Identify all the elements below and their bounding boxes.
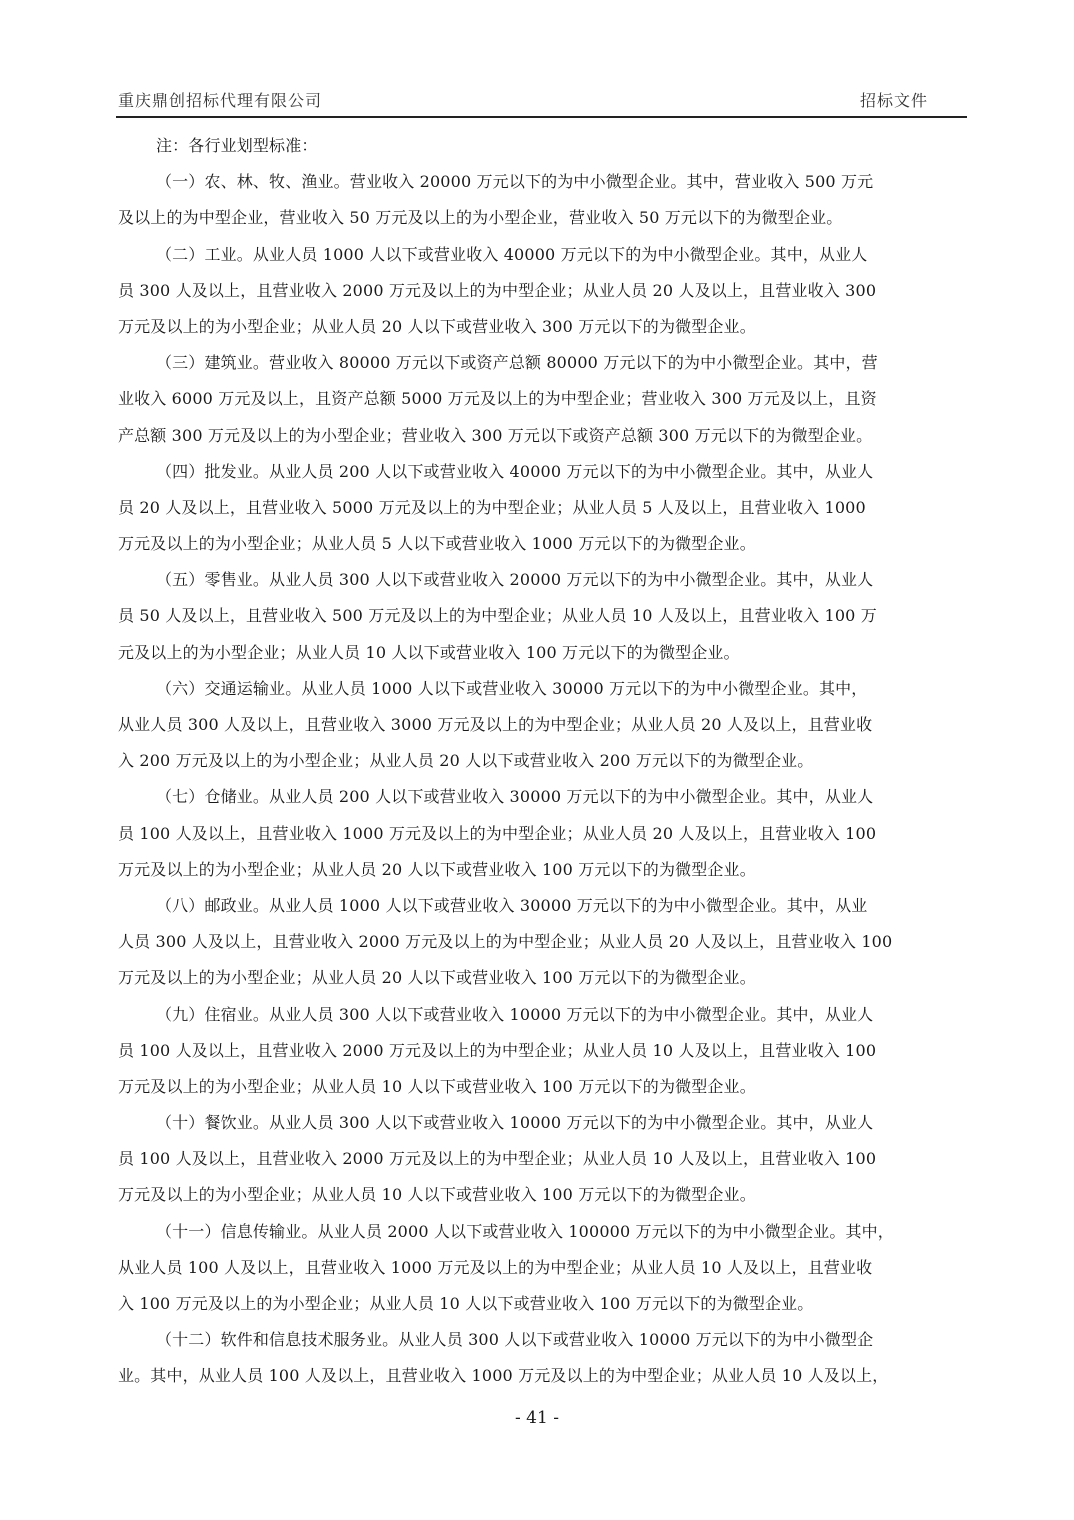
page-number: - 41 - [0, 1408, 1074, 1428]
text-line: 万元及以上的为小型企业；从业人员 5 人以下或营业收入 1000 万元以下的为微… [118, 526, 968, 562]
text-line: 万元及以上的为小型企业；从业人员 20 人以下或营业收入 100 万元以下的为微… [118, 852, 968, 888]
company-name: 重庆鼎创招标代理有限公司 [118, 88, 322, 111]
text-line: （九）住宿业。从业人员 300 人以下或营业收入 10000 万元以下的为中小微… [118, 997, 968, 1033]
text-line: （十）餐饮业。从业人员 300 人以下或营业收入 10000 万元以下的为中小微… [118, 1105, 968, 1141]
text-line: 入 100 万元及以上的为小型企业；从业人员 10 人以下或营业收入 100 万… [118, 1286, 968, 1322]
text-line: 人员 300 人及以上，且营业收入 2000 万元及以上的为中型企业；从业人员 … [118, 924, 968, 960]
text-line: 员 100 人及以上，且营业收入 1000 万元及以上的为中型企业；从业人员 2… [118, 816, 968, 852]
text-line: （十二）软件和信息技术服务业。从业人员 300 人以下或营业收入 10000 万… [118, 1322, 968, 1358]
text-line: （五）零售业。从业人员 300 人以下或营业收入 20000 万元以下的为中小微… [118, 562, 968, 598]
header-divider [116, 116, 967, 118]
text-line: 业。其中，从业人员 100 人及以上，且营业收入 1000 万元及以上的为中型企… [118, 1358, 968, 1394]
text-line: 元及以上的为小型企业；从业人员 10 人以下或营业收入 100 万元以下的为微型… [118, 635, 968, 671]
text-line: 万元及以上的为小型企业；从业人员 10 人以下或营业收入 100 万元以下的为微… [118, 1069, 968, 1105]
text-line: 及以上的为中型企业，营业收入 50 万元及以上的为小型企业，营业收入 50 万元… [118, 200, 968, 236]
text-line: 员 300 人及以上，且营业收入 2000 万元及以上的为中型企业；从业人员 2… [118, 273, 968, 309]
text-line: 产总额 300 万元及以上的为小型企业；营业收入 300 万元以下或资产总额 3… [118, 418, 968, 454]
document-body: 注：各行业划型标准：（一）农、林、牧、渔业。营业收入 20000 万元以下的为中… [118, 128, 968, 1395]
text-line: （八）邮政业。从业人员 1000 人以下或营业收入 30000 万元以下的为中小… [118, 888, 968, 924]
page-header: 重庆鼎创招标代理有限公司 招标文件 [118, 88, 966, 114]
text-line: （六）交通运输业。从业人员 1000 人以下或营业收入 30000 万元以下的为… [118, 671, 968, 707]
text-line: 员 100 人及以上，且营业收入 2000 万元及以上的为中型企业；从业人员 1… [118, 1141, 968, 1177]
text-line: 万元及以上的为小型企业；从业人员 20 人以下或营业收入 300 万元以下的为微… [118, 309, 968, 345]
text-line: 万元及以上的为小型企业；从业人员 10 人以下或营业收入 100 万元以下的为微… [118, 1177, 968, 1213]
text-line: （一）农、林、牧、渔业。营业收入 20000 万元以下的为中小微型企业。其中，营… [118, 164, 968, 200]
text-line: （四）批发业。从业人员 200 人以下或营业收入 40000 万元以下的为中小微… [118, 454, 968, 490]
document-type: 招标文件 [860, 88, 928, 111]
text-line: 注：各行业划型标准： [118, 128, 968, 164]
text-line: 业收入 6000 万元及以上，且资产总额 5000 万元及以上的为中型企业；营业… [118, 381, 968, 417]
text-line: 员 100 人及以上，且营业收入 2000 万元及以上的为中型企业；从业人员 1… [118, 1033, 968, 1069]
text-line: 员 20 人及以上，且营业收入 5000 万元及以上的为中型企业；从业人员 5 … [118, 490, 968, 526]
text-line: （十一）信息传输业。从业人员 2000 人以下或营业收入 100000 万元以下… [118, 1214, 968, 1250]
text-line: （三）建筑业。营业收入 80000 万元以下或资产总额 80000 万元以下的为… [118, 345, 968, 381]
text-line: 从业人员 300 人及以上，且营业收入 3000 万元及以上的为中型企业；从业人… [118, 707, 968, 743]
text-line: （七）仓储业。从业人员 200 人以下或营业收入 30000 万元以下的为中小微… [118, 779, 968, 815]
text-line: 员 50 人及以上，且营业收入 500 万元及以上的为中型企业；从业人员 10 … [118, 598, 968, 634]
text-line: 万元及以上的为小型企业；从业人员 20 人以下或营业收入 100 万元以下的为微… [118, 960, 968, 996]
text-line: 入 200 万元及以上的为小型企业；从业人员 20 人以下或营业收入 200 万… [118, 743, 968, 779]
text-line: 从业人员 100 人及以上，且营业收入 1000 万元及以上的为中型企业；从业人… [118, 1250, 968, 1286]
text-line: （二）工业。从业人员 1000 人以下或营业收入 40000 万元以下的为中小微… [118, 237, 968, 273]
